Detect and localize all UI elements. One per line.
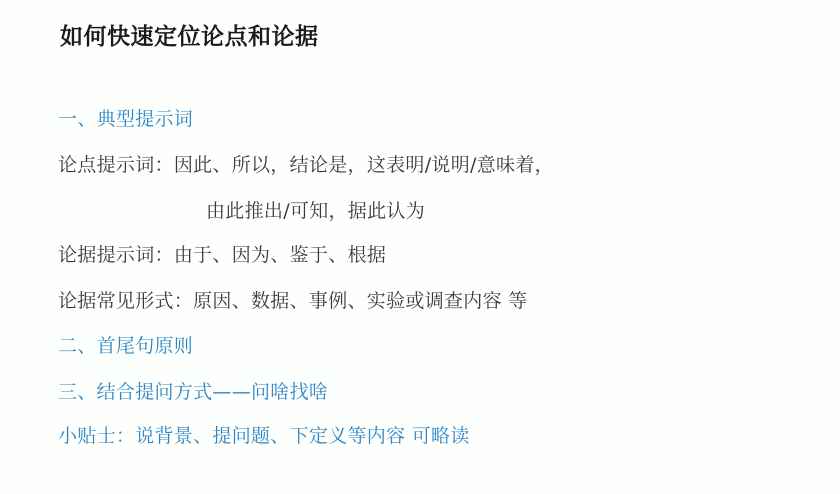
claim-cue-words: 论点提示词：因此、所以，结论是，这表明/说明/意味着， (58, 150, 554, 177)
claim-cue-text-line2: 由此推出/可知，据此认为 (206, 196, 425, 223)
claim-cue-label: 论点提示词： (58, 154, 174, 176)
section-heading-question-method: 三、结合提问方式——问啥找啥 (58, 377, 328, 404)
section-heading-first-last-sentence: 二、首尾句原则 (58, 331, 193, 358)
evidence-forms-label: 论据常见形式： (58, 290, 193, 312)
evidence-forms: 论据常见形式：原因、数据、事例、实验或调查内容 等 (58, 286, 528, 313)
tip-text: 小贴士：说背景、提问题、下定义等内容 可略读 (58, 421, 470, 448)
evidence-cue-words: 论据提示词：由于、因为、鉴于、根据 (58, 240, 386, 267)
evidence-cue-label: 论据提示词： (58, 244, 174, 266)
section-heading-typical-cue-words: 一、典型提示词 (58, 104, 193, 131)
claim-cue-text-line1: 因此、所以，结论是，这表明/说明/意味着， (174, 154, 554, 176)
evidence-forms-text: 原因、数据、事例、实验或调查内容 等 (193, 290, 527, 312)
slide-title: 如何快速定位论点和论据 (60, 18, 319, 51)
evidence-cue-text: 由于、因为、鉴于、根据 (174, 244, 386, 266)
